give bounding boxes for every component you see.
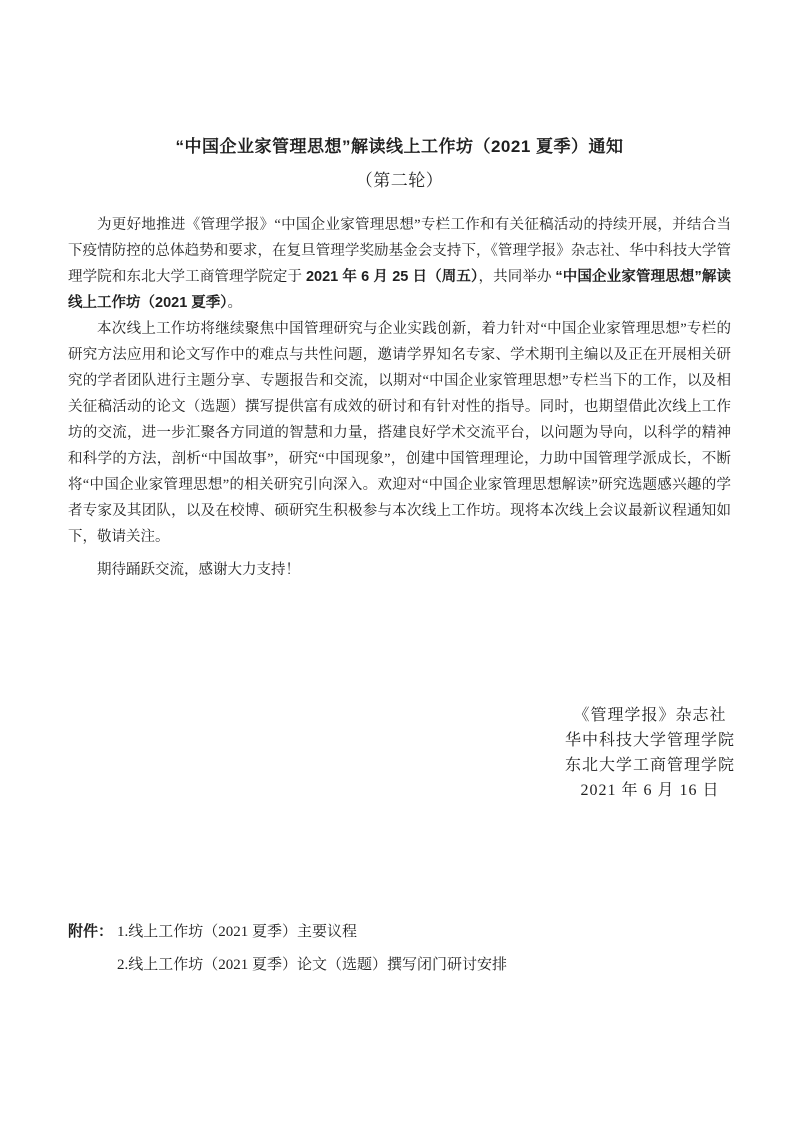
text-run: ，共同举办 [478, 269, 555, 285]
attachment-row-2: 2.线上工作坊（2021 夏季）论文（选题）撰写闭门研讨安排 [68, 952, 731, 978]
paragraph-body: 本次线上工作坊将继续聚焦中国管理研究与企业实践创新，着力针对“中国企业家管理思想… [68, 316, 731, 550]
signature-org-journal: 《管理学报》杂志社 [565, 703, 735, 728]
signature-date: 2021 年 6 月 16 日 [565, 778, 735, 803]
attachment-item-2: 2.线上工作坊（2021 夏季）论文（选题）撰写闭门研讨安排 [117, 957, 507, 973]
signature-org-hust: 华中科技大学管理学院 [565, 728, 735, 753]
text-run: 。 [228, 295, 243, 311]
attachments-label: 附件： [68, 923, 113, 940]
notice-subtitle: （第二轮） [68, 170, 731, 192]
notice-title: “中国企业家管理思想”解读线上工作坊（2021 夏季）通知 [68, 0, 731, 158]
paragraph-intro: 为更好地推进《管理学报》“中国企业家管理思想”专栏工作和有关征稿活动的持续开展，… [68, 212, 731, 316]
attachment-row-1: 附件：1.线上工作坊（2021 夏季）主要议程 [68, 919, 731, 945]
notice-page: “中国企业家管理思想”解读线上工作坊（2021 夏季）通知 （第二轮） 为更好地… [0, 0, 799, 1131]
attachment-item-1: 1.线上工作坊（2021 夏季）主要议程 [117, 924, 357, 940]
signature-org-neu: 东北大学工商管理学院 [565, 753, 735, 778]
attachments-section: 附件：1.线上工作坊（2021 夏季）主要议程 2.线上工作坊（2021 夏季）… [68, 919, 731, 978]
text-run: 2021 年 6 月 25 日（周五） [306, 269, 478, 285]
notice-content: “中国企业家管理思想”解读线上工作坊（2021 夏季）通知 （第二轮） 为更好地… [0, 0, 799, 583]
paragraph-closing: 期待踊跃交流，感谢大力支持！ [68, 557, 731, 583]
signature-block: 《管理学报》杂志社 华中科技大学管理学院 东北大学工商管理学院 2021 年 6… [565, 703, 735, 803]
